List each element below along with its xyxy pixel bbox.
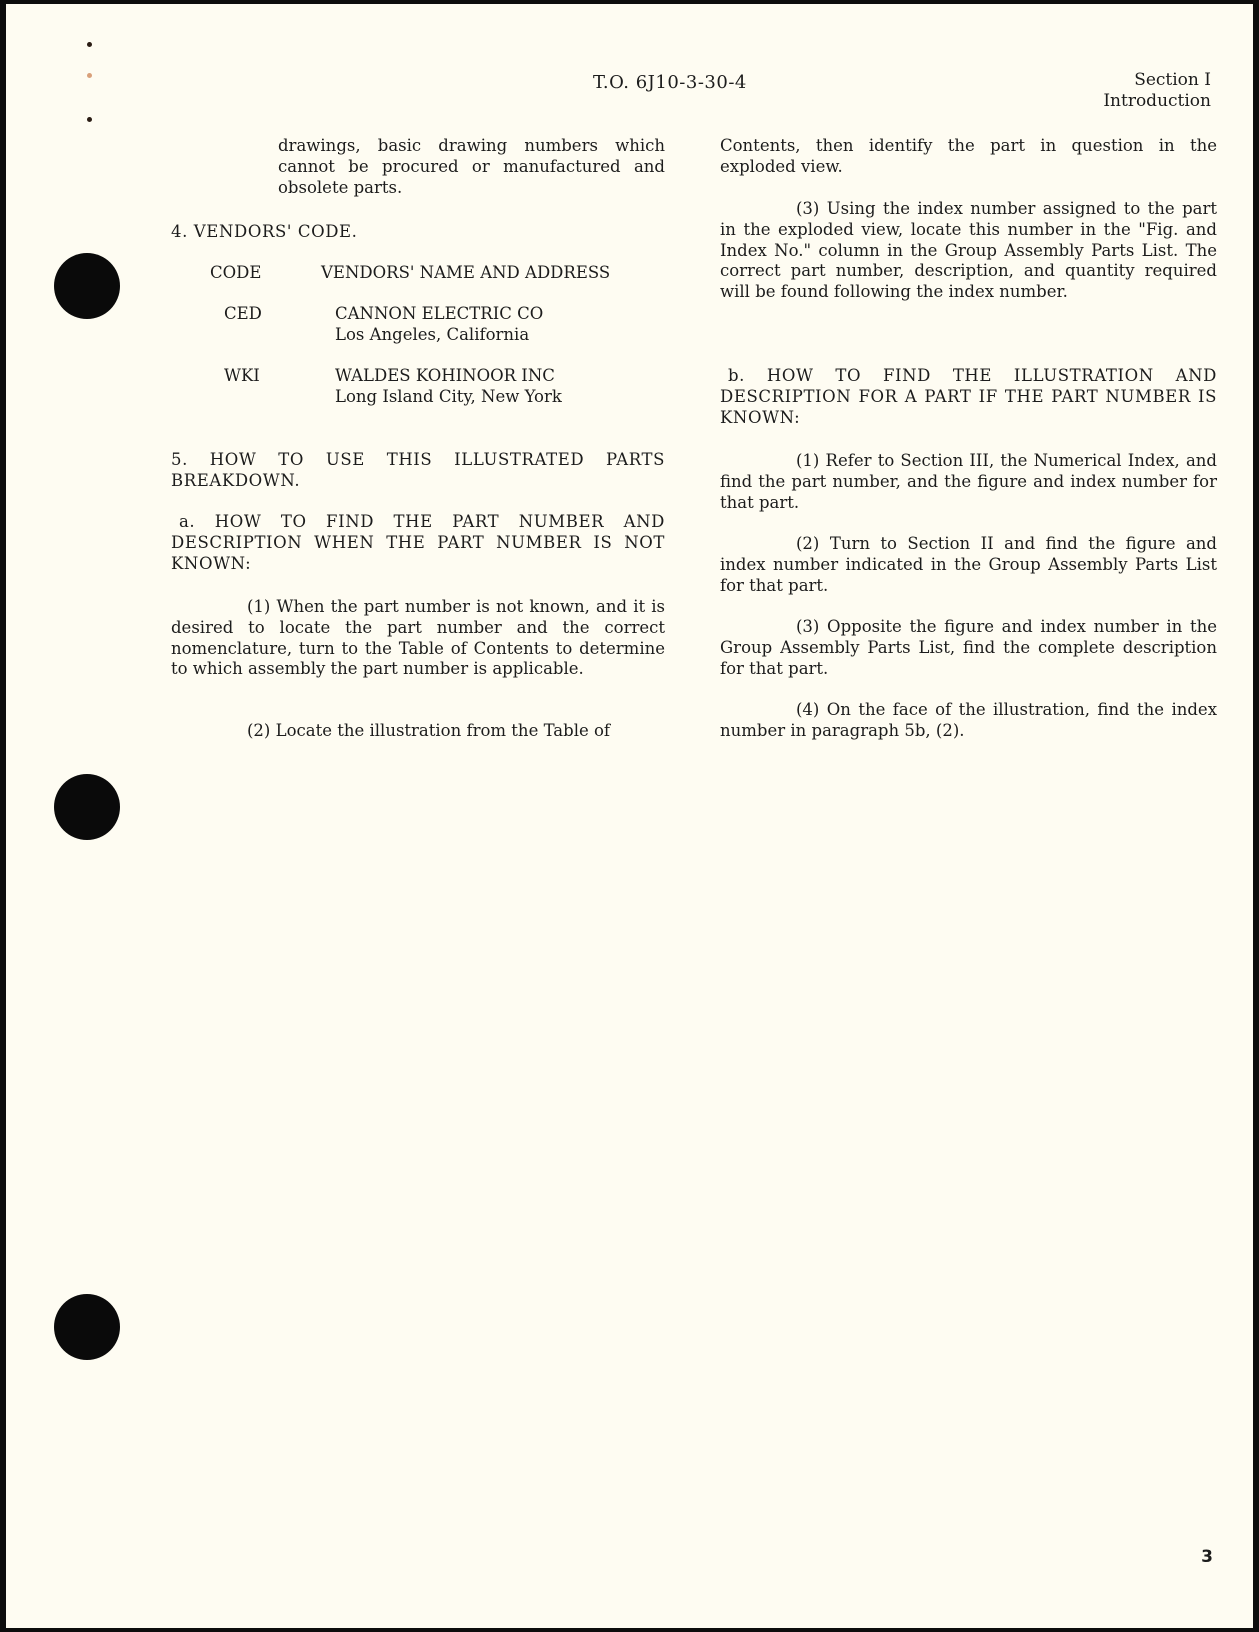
paragraph-5b-3: (3) Opposite the figure and index number… [720,617,1217,679]
continuation-text: drawings, basic drawing numbers which ca… [278,136,665,198]
vendors-col-name: VENDORS' NAME AND ADDRESS [321,263,610,284]
vendors-code-heading: 4. VENDORS' CODE. [171,222,665,243]
vendor-address: Los Angeles, California [335,325,543,346]
page-number: 3 [1201,1547,1213,1567]
section-label: Section I [1103,70,1211,91]
paragraph-5b-2: (2) Turn to Section II and find the figu… [720,534,1217,596]
document-page: T.O. 6J10-3-30-4 Section I Introduction … [6,4,1253,1628]
paragraph-5a-1: (1) When the part number is not known, a… [171,597,665,680]
binder-hole [54,774,120,840]
paragraph-5a-heading: a. HOW TO FIND THE PART NUMBER AND DESCR… [171,512,665,574]
vendor-code: WKI [224,366,260,387]
paragraph-5a-2-end: Contents, then identify the part in ques… [720,136,1217,178]
binder-hole [54,253,120,319]
vendor-name: WALDES KOHINOOR INC [335,366,562,387]
paragraph-5-heading: 5. HOW TO USE THIS ILLUSTRATED PARTS BRE… [171,450,665,492]
vendor-entry: CANNON ELECTRIC CO Los Angeles, Californ… [335,304,543,346]
speck-mark [87,117,92,122]
speck-mark [87,42,92,47]
paragraph-5b-4: (4) On the face of the illustration, fin… [720,700,1217,742]
paragraph-5b-1: (1) Refer to Section III, the Numerical … [720,451,1217,513]
paragraph-5a-2-start: (2) Locate the illustration from the Tab… [171,721,665,742]
vendor-name: CANNON ELECTRIC CO [335,304,543,325]
speck-mark [87,73,92,78]
binder-hole [54,1294,120,1360]
section-title: Introduction [1103,91,1211,112]
technical-order-number: T.O. 6J10-3-30-4 [593,72,747,93]
section-header: Section I Introduction [1103,70,1211,112]
vendor-entry: WALDES KOHINOOR INC Long Island City, Ne… [335,366,562,408]
vendor-address: Long Island City, New York [335,387,562,408]
paragraph-5a-3: (3) Using the index number assigned to t… [720,199,1217,303]
paragraph-5b-heading: b. HOW TO FIND THE ILLUSTRATION AND DESC… [720,366,1217,428]
vendors-col-code: CODE [210,263,261,284]
vendor-code: CED [224,304,262,325]
